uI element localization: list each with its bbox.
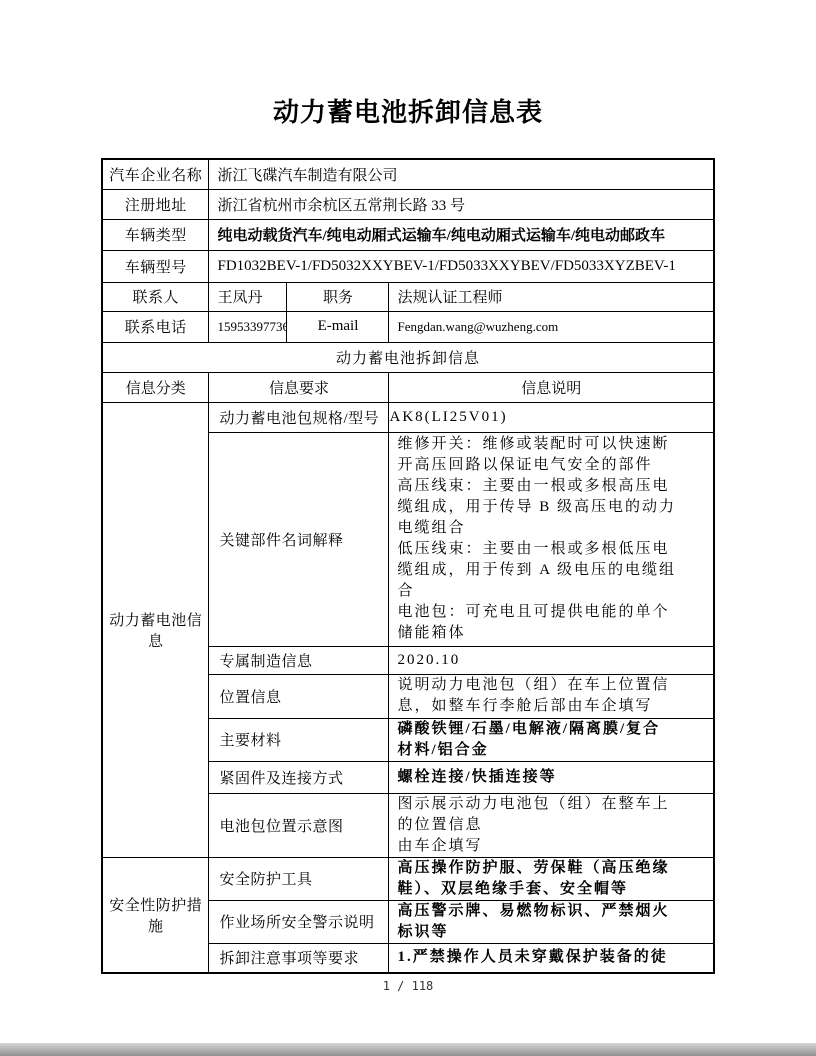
table-row: 车辆型号 FD1032BEV-1/FD5032XXYBEV-1/FD5033XX…	[102, 250, 714, 282]
battery-disassembly-table: 汽车企业名称 浙江飞碟汽车制造有限公司 注册地址 浙江省杭州市余杭区五常荆长路 …	[101, 158, 715, 974]
main-materials-label: 主要材料	[209, 718, 389, 761]
safety-protection-tools-value: 高压操作防护服、劳保鞋（高压绝缘 鞋）、双层绝缘手套、安全帽等	[389, 857, 714, 900]
table-header-row: 信息分类 信息要求 信息说明	[102, 372, 714, 402]
table-row: 注册地址 浙江省杭州市余杭区五常荆长路 33 号	[102, 189, 714, 219]
contact-person-label: 联系人	[102, 282, 209, 311]
header-info-description: 信息说明	[389, 372, 714, 402]
registered-address-label: 注册地址	[102, 189, 209, 219]
document-page: 动力蓄电池拆卸信息表 汽车企业名称 浙江飞碟汽车制造有限公司 注册地址 浙江省杭…	[0, 0, 816, 1056]
table-row: 动力蓄电池信息 动力蓄电池包规格/型号 AK8(LI25V01)	[102, 402, 714, 432]
page-number: 1 / 118	[0, 979, 816, 993]
table-row: 联系人 王凤丹 职务 法规认证工程师	[102, 282, 714, 311]
contact-phone-label: 联系电话	[102, 311, 209, 342]
main-materials-value: 磷酸铁锂/石墨/电解液/隔离膜/复合 材料/铝合金	[389, 718, 714, 761]
battery-pack-spec-label: 动力蓄电池包规格/型号	[209, 402, 389, 432]
company-name-value: 浙江飞碟汽车制造有限公司	[209, 159, 714, 189]
contact-person-value: 王凤丹	[209, 282, 287, 311]
workplace-warning-value: 高压警示牌、易燃物标识、严禁烟火 标识等	[389, 900, 714, 943]
email-value: Fengdan.wang@wuzheng.com	[389, 311, 714, 342]
contact-phone-value: 15953397736	[209, 311, 287, 342]
location-info-value: 说明动力电池包（组）在车上位置信 息，如整车行李舱后部由车企填写	[389, 674, 714, 718]
registered-address-value: 浙江省杭州市余杭区五常荆长路 33 号	[209, 189, 714, 219]
email-label: E-mail	[287, 311, 389, 342]
manufacture-info-label: 专属制造信息	[209, 646, 389, 674]
workplace-warning-label: 作业场所安全警示说明	[209, 900, 389, 943]
key-components-glossary-value: 维修开关：维修或装配时可以快速断 开高压回路以保证电气安全的部件 高压线束：主要…	[389, 432, 714, 646]
table-row: 动力蓄电池拆卸信息	[102, 342, 714, 372]
safety-protection-tools-label: 安全防护工具	[209, 857, 389, 900]
page-bottom-edge	[0, 1043, 816, 1056]
fasteners-connection-label: 紧固件及连接方式	[209, 761, 389, 793]
job-title-value: 法规认证工程师	[389, 282, 714, 311]
job-title-label: 职务	[287, 282, 389, 311]
header-info-category: 信息分类	[102, 372, 209, 402]
safety-measures-category: 安全性防护措施	[102, 857, 209, 973]
battery-location-diagram-value: 图示展示动力电池包（组）在整车上 的位置信息 由车企填写	[389, 793, 714, 857]
battery-pack-spec-value: AK8(LI25V01)	[389, 402, 714, 432]
disassembly-precautions-label: 拆卸注意事项等要求	[209, 943, 389, 973]
table-row: 车辆类型 纯电动载货汽车/纯电动厢式运输车/纯电动厢式运输车/纯电动邮政车	[102, 219, 714, 250]
battery-location-diagram-label: 电池包位置示意图	[209, 793, 389, 857]
key-components-glossary-label: 关键部件名词解释	[209, 432, 389, 646]
manufacture-info-value: 2020.10	[389, 646, 714, 674]
page-title: 动力蓄电池拆卸信息表	[0, 96, 816, 128]
vehicle-model-value: FD1032BEV-1/FD5032XXYBEV-1/FD5033XXYBEV/…	[209, 250, 714, 282]
vehicle-model-label: 车辆型号	[102, 250, 209, 282]
vehicle-type-label: 车辆类型	[102, 219, 209, 250]
section-title: 动力蓄电池拆卸信息	[102, 342, 714, 372]
fasteners-connection-value: 螺栓连接/快插连接等	[389, 761, 714, 793]
table-row: 联系电话 15953397736 E-mail Fengdan.wang@wuz…	[102, 311, 714, 342]
battery-info-category: 动力蓄电池信息	[102, 402, 209, 857]
disassembly-precautions-value: 1.严禁操作人员未穿戴保护装备的徒	[389, 943, 714, 973]
header-info-requirement: 信息要求	[209, 372, 389, 402]
table-row: 汽车企业名称 浙江飞碟汽车制造有限公司	[102, 159, 714, 189]
table-row: 安全性防护措施 安全防护工具 高压操作防护服、劳保鞋（高压绝缘 鞋）、双层绝缘手…	[102, 857, 714, 900]
company-name-label: 汽车企业名称	[102, 159, 209, 189]
vehicle-type-value: 纯电动载货汽车/纯电动厢式运输车/纯电动厢式运输车/纯电动邮政车	[209, 219, 714, 250]
location-info-label: 位置信息	[209, 674, 389, 718]
